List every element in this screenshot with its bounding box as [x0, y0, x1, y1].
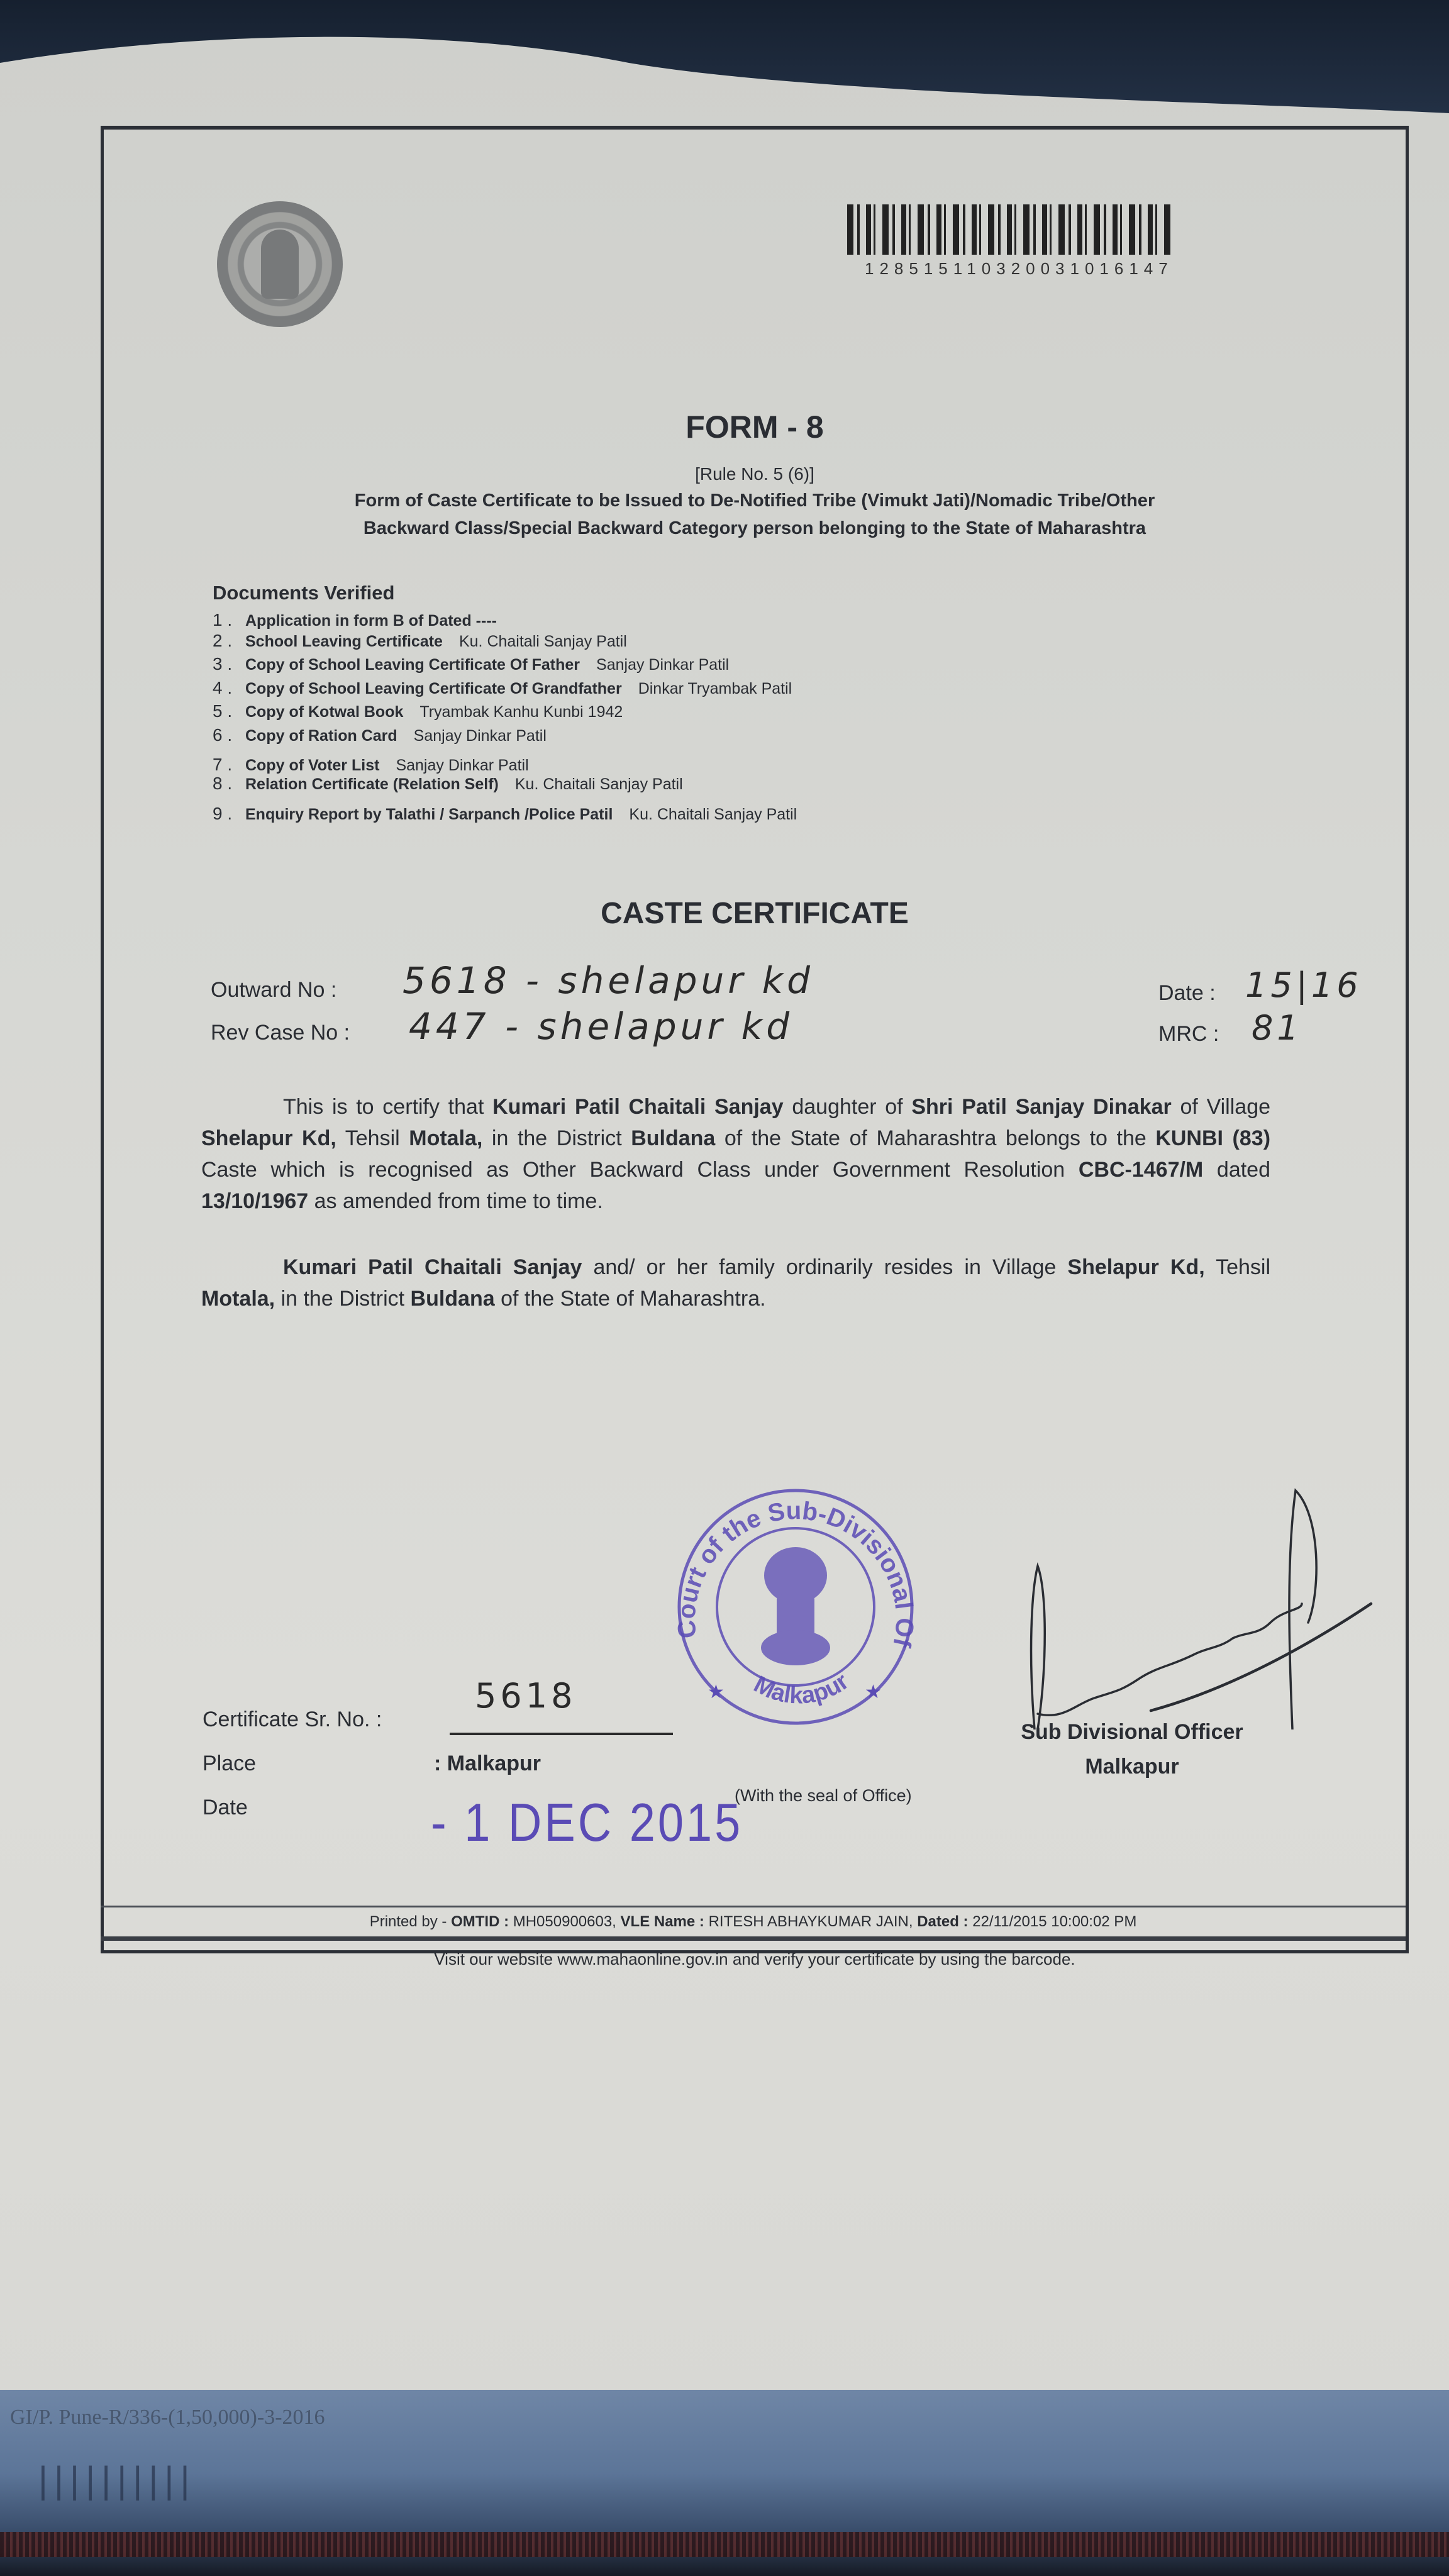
- document-item: 6 .Copy of Ration CardSanjay Dinkar Pati…: [213, 725, 547, 745]
- document-item: 7 .Copy of Voter ListSanjay Dinkar Patil: [213, 755, 529, 775]
- svg-text:Malkapur: Malkapur: [750, 1668, 854, 1709]
- document-item-value: Ku. Chaitali Sanjay Patil: [515, 775, 683, 793]
- document-item-number: 3 .: [213, 654, 245, 674]
- signatory-place: Malkapur: [994, 1755, 1270, 1779]
- document-item-label: Copy of Ration Card: [245, 727, 397, 745]
- certificate-sr-no-label: Certificate Sr. No. :: [203, 1707, 382, 1732]
- date-stamp: - 1 DEC 2015: [431, 1792, 743, 1853]
- document-item-number: 9 .: [213, 804, 245, 824]
- barcode-number: 128515110320031016147: [865, 259, 1174, 279]
- verify-website-note: Visit our website www.mahaonline.gov.in …: [101, 1950, 1409, 1969]
- document-item: 5 .Copy of Kotwal BookTryambak Kanhu Kun…: [213, 701, 623, 721]
- document-item-label: Copy of School Leaving Certificate Of Gr…: [245, 680, 622, 697]
- form-subtitle: Form of Caste Certificate to be Issued t…: [101, 487, 1409, 542]
- seal-note: (With the seal of Office): [735, 1786, 912, 1806]
- document-item-value: Tryambak Kanhu Kunbi 1942: [419, 703, 623, 721]
- sub-divisional-officer-seal-icon: Court of the Sub-Divisional Officer Malk…: [663, 1481, 928, 1733]
- certification-paragraph: This is to certify that Kumari Patil Cha…: [201, 1091, 1270, 1217]
- document-item-label: Application in form B of Dated ----: [245, 612, 497, 630]
- signatory-title: Sub Divisional Officer: [994, 1720, 1270, 1745]
- document-item-label: School Leaving Certificate: [245, 633, 443, 650]
- document-item-number: 4 .: [213, 678, 245, 698]
- document-item-value: Sanjay Dinkar Patil: [596, 656, 729, 674]
- rev-case-no-value: 447 - shelapur kd: [409, 1005, 793, 1048]
- pouch-marks: ||||||||||: [38, 2459, 196, 2501]
- document-item: 8 .Relation Certificate (Relation Self)K…: [213, 774, 683, 794]
- certificate-sr-no-value: 5618: [475, 1676, 576, 1716]
- document-item: 4 .Copy of School Leaving Certificate Of…: [213, 678, 792, 698]
- form-rule: [Rule No. 5 (6)]: [101, 464, 1409, 484]
- mrc-value: 81: [1252, 1008, 1302, 1048]
- date-footer-label: Date: [203, 1796, 248, 1820]
- mrc-label: MRC :: [1158, 1022, 1219, 1046]
- document-item-number: 1 .: [213, 610, 245, 630]
- document-item-label: Copy of Kotwal Book: [245, 703, 403, 721]
- rev-case-no-label: Rev Case No :: [211, 1021, 350, 1045]
- document-item-label: Enquiry Report by Talathi / Sarpanch /Po…: [245, 806, 613, 823]
- document-item: 2 .School Leaving CertificateKu. Chaital…: [213, 631, 627, 651]
- pouch-zipper: [0, 2532, 1449, 2557]
- document-item-label: Copy of Voter List: [245, 757, 379, 774]
- document-item-value: Dinkar Tryambak Patil: [638, 680, 792, 697]
- form-subtitle-line2: Backward Class/Special Backward Category…: [101, 514, 1409, 542]
- date-value: 15|16: [1245, 965, 1362, 1005]
- document-item-label: Copy of School Leaving Certificate Of Fa…: [245, 656, 580, 674]
- document-item-value: Ku. Chaitali Sanjay Patil: [629, 806, 797, 823]
- form-subtitle-line1: Form of Caste Certificate to be Issued t…: [101, 487, 1409, 514]
- document-item-number: 2 .: [213, 631, 245, 651]
- document-item: 1 .Application in form B of Dated ----: [213, 610, 513, 630]
- sr-no-underline: [450, 1733, 673, 1735]
- document-item-label: Relation Certificate (Relation Self): [245, 775, 499, 793]
- document-item-value: Sanjay Dinkar Patil: [414, 727, 547, 745]
- outward-no-value: 5618 - shelapur kd: [402, 959, 814, 1002]
- printed-by-bar: Printed by - OMTID : MH050900603, VLE Na…: [101, 1906, 1406, 1941]
- document-item-number: 8 .: [213, 774, 245, 794]
- barcode: [847, 204, 1174, 255]
- document-item-number: 7 .: [213, 755, 245, 775]
- outward-no-label: Outward No :: [211, 978, 336, 1002]
- documents-verified-heading: Documents Verified: [213, 582, 394, 604]
- place-label: Place: [203, 1752, 256, 1776]
- document-item-value: Ku. Chaitali Sanjay Patil: [459, 633, 627, 650]
- document-item: 9 .Enquiry Report by Talathi / Sarpanch …: [213, 804, 797, 824]
- document-item-value: Sanjay Dinkar Patil: [396, 757, 528, 774]
- form-title: FORM - 8: [101, 409, 1409, 445]
- pouch-print-text: GI/P. Pune-R/336-(1,50,000)-3-2016: [10, 2406, 325, 2429]
- document-item-number: 6 .: [213, 725, 245, 745]
- caste-certificate-title: CASTE CERTIFICATE: [101, 896, 1409, 931]
- residence-paragraph: Kumari Patil Chaitali Sanjay and/ or her…: [201, 1252, 1270, 1314]
- svg-text:★: ★: [865, 1682, 882, 1702]
- svg-text:★: ★: [708, 1682, 724, 1702]
- document-item: 3 .Copy of School Leaving Certificate Of…: [213, 654, 729, 674]
- place-value: : Malkapur: [434, 1752, 541, 1776]
- signature: [994, 1465, 1384, 1729]
- state-emblem-icon: [217, 201, 343, 327]
- document-item-number: 5 .: [213, 701, 245, 721]
- date-label: Date :: [1158, 981, 1216, 1006]
